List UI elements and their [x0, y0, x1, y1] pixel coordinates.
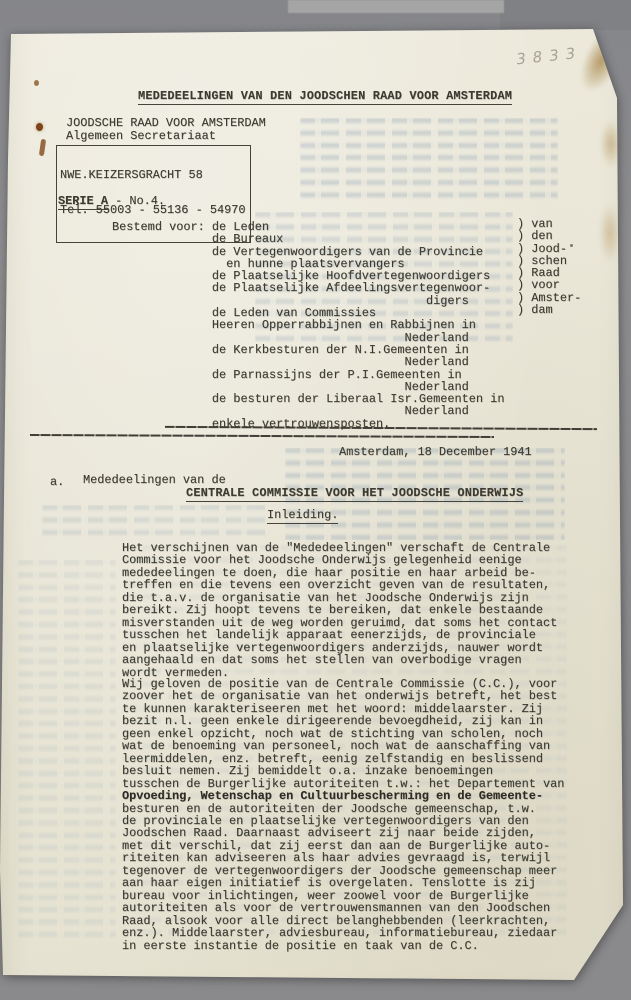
rust-mark: [39, 139, 46, 157]
dateline: Amsterdam, 18 December 1941: [339, 446, 532, 458]
text-line: aan haar eigen initiatief is overgelaten…: [122, 877, 564, 889]
text-line: Nederland: [112, 405, 504, 417]
text-line: ) voor: [517, 279, 581, 291]
series-label: SERIE A: [58, 194, 108, 210]
text-line: de Parnassijns der P.I.Gemeenten in: [112, 369, 504, 381]
text-line: autoriteiten als voor de vertrouwensmann…: [122, 902, 564, 914]
paragraph: Het verschijnen van de "Mededeelingen" v…: [122, 542, 557, 679]
distribution-list: Bestemd voor: de Leden de Bureaux de Ver…: [112, 221, 504, 430]
masthead-title: MEDEDEELINGEN VAN DEN JOODSCHEN RAAD VOO…: [138, 90, 512, 102]
bleed-through: [300, 118, 558, 204]
section-intro: Mededeelingen van de: [83, 474, 226, 486]
text-line: treffen en die tevens een overzicht geve…: [122, 579, 557, 591]
org-name: JOODSCHE RAAD VOOR AMSTERDAM: [66, 117, 266, 129]
text-line: aangehaald en dat soms het stellen van o…: [122, 654, 557, 666]
rust-mark: [36, 123, 43, 131]
text-line: Opvoeding, Wetenschap en Cultuurbescherm…: [122, 790, 564, 802]
paper-wrap: 3833 MEDEDEELINGEN VAN DEN JOODSCHEN RAA…: [0, 0, 631, 1000]
series-line: SERIE A - No.4.: [58, 195, 165, 207]
divider-rule: [30, 434, 494, 438]
text-line: bezit n.l. geen enkele dirigeerende bevo…: [122, 715, 564, 727]
address-line: NWE.KEIZERSGRACHT 58: [60, 170, 246, 182]
section-subheading: Inleiding.: [267, 509, 338, 521]
text-line: Heeren Opperrabbijnen en Rabbijnen in: [112, 319, 504, 331]
text-line: riteiten kan adviseeren als haar advies …: [122, 852, 564, 864]
section-marker: a.: [50, 476, 64, 488]
brace-column: ) van) den) Jood-) schen) Raad) voor) Am…: [517, 218, 581, 316]
paragraph: Wij geloven de positie van de Centrale C…: [122, 678, 564, 952]
text-line: de Plaatselijke Afdeelingsvertegenwoor-: [112, 282, 504, 294]
text-line: Nederland: [112, 356, 504, 368]
text-line: wat de benoeming van personeel, noch wat…: [122, 740, 564, 752]
text-line: besluit nemen. Zij bemiddelt o.a. inzake…: [122, 765, 564, 777]
section-subheading-text: Inleiding.: [267, 508, 338, 524]
rust-mark: [34, 80, 39, 86]
text-line: in eerste instantie de positie en taak v…: [122, 940, 564, 952]
stain: [600, 120, 622, 168]
stain: [599, 203, 621, 263]
section-heading-text: CENTRALE COMMISSIE VOOR HET JOODSCHE OND…: [186, 486, 523, 502]
text-line: tusschen het landelijk apparaat eenerzij…: [122, 629, 557, 641]
archive-number-pencil: 3833: [516, 43, 583, 68]
text-line: de Bureaux: [112, 233, 504, 245]
text-line: bereikt. Zij hoopt tevens te bereiken, d…: [122, 604, 557, 616]
masthead-title-text: MEDEDEELINGEN VAN DEN JOODSCHEN RAAD VOO…: [138, 89, 512, 105]
series-number: - No.4.: [108, 194, 165, 208]
text-line: ) den: [517, 230, 581, 242]
text-line: enz.). Middelaarster, adviesbureau, info…: [122, 927, 564, 939]
text-line: ) dam: [517, 304, 581, 316]
scanned-document-scene: 3833 MEDEDEELINGEN VAN DEN JOODSCHEN RAA…: [0, 0, 631, 1000]
org-dept: Algemeen Secretariaat: [66, 130, 216, 142]
bleed-through: [42, 505, 267, 539]
bleed-through: [18, 560, 116, 940]
document-page: 3833 MEDEDEELINGEN VAN DEN JOODSCHEN RAA…: [0, 0, 631, 1000]
section-heading: CENTRALE COMMISSIE VOOR HET JOODSCHE OND…: [186, 487, 523, 499]
